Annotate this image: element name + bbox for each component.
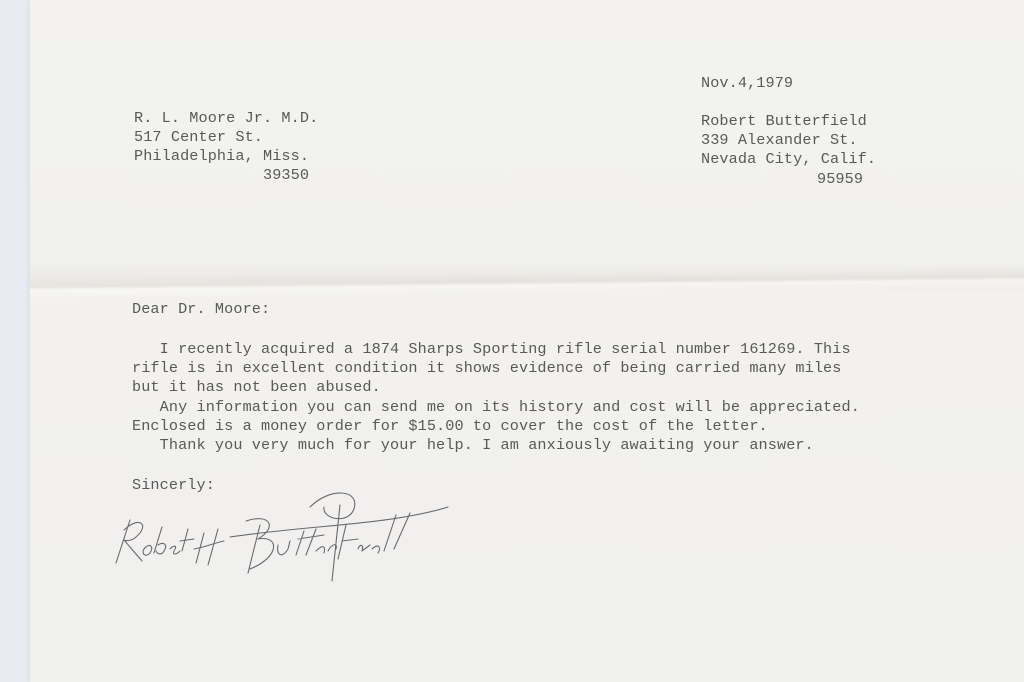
body-line: Thank you very much for your help. I am … — [132, 436, 814, 456]
body-line: Enclosed is a money order for $15.00 to … — [132, 417, 768, 437]
recipient-name: R. L. Moore Jr. M.D. — [134, 109, 318, 129]
body-line: rifle is in excellent condition it shows… — [132, 359, 841, 379]
body-line: but it has not been abused. — [132, 378, 381, 398]
recipient-street: 517 Center St. — [134, 128, 263, 148]
letter-date: Nov.4,1979 — [701, 74, 793, 94]
sender-city: Nevada City, Calif. — [701, 150, 876, 170]
body-line: Any information you can send me on its h… — [132, 398, 860, 418]
handwritten-signature — [110, 485, 470, 585]
sender-street: 339 Alexander St. — [701, 131, 858, 151]
salutation: Dear Dr. Moore: — [132, 300, 270, 320]
body-line: I recently acquired a 1874 Sharps Sporti… — [132, 340, 851, 360]
sender-zip: 95959 — [817, 170, 863, 190]
recipient-zip: 39350 — [263, 166, 309, 186]
sender-name: Robert Butterfield — [701, 112, 867, 132]
recipient-city: Philadelphia, Miss. — [134, 147, 309, 167]
